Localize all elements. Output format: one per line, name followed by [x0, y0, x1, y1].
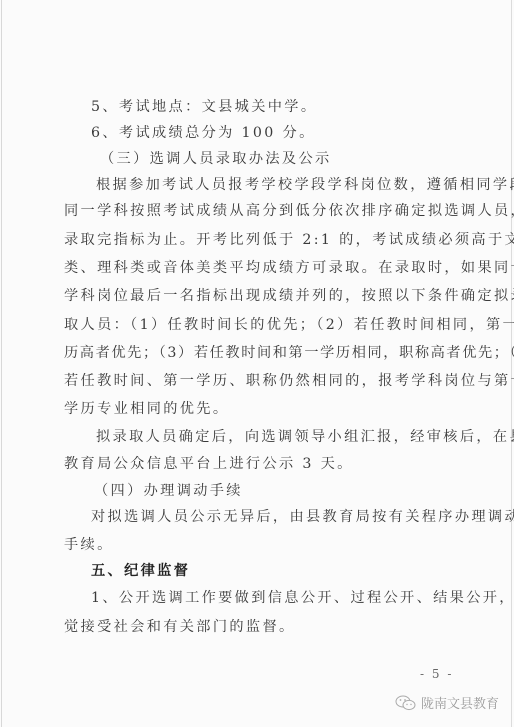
- text-line: 拟录取人员确定后，向选调领导小组汇报，经审核后，在县: [96, 428, 488, 446]
- text-line: 觉接受社会和有关部门的监督。: [64, 618, 456, 636]
- text-line: 5、考试地点：文县城关中学。: [91, 98, 483, 116]
- section-heading: （四）办理调动手续: [94, 482, 486, 500]
- text-line: 学历专业相同的优先。: [64, 400, 456, 418]
- section-heading: 五、纪律监督: [91, 562, 483, 580]
- text-line: 历高者优先；（3）若任教时间和第一学历相同，职称高者优先；（4）: [64, 344, 456, 362]
- text-line: 类、理科类或音体美类平均成绩方可录取。在录取时，如果同一: [64, 259, 456, 277]
- document-page: 5、考试地点：文县城关中学。 6、考试成绩总分为 100 分。 （三）选调人员录…: [0, 0, 514, 727]
- text-line: 录取完指标为止。开考比列低于 2:1 的，考试成绩必须高于文科: [64, 231, 456, 249]
- text-line: 对拟选调人员公示无异后，由县教育局按有关程序办理调动: [91, 508, 483, 526]
- section-heading: （三）选调人员录取办法及公示: [100, 150, 492, 168]
- text-line: 取人员：（1）任教时间长的优先；（2）若任教时间相同，第一学: [64, 316, 456, 334]
- text-line: 教育局公众信息平台上进行公示 3 天。: [64, 455, 456, 473]
- text-line: 6、考试成绩总分为 100 分。: [91, 124, 483, 142]
- text-line: 1、公开选调工作要做到信息公开、过程公开、结果公开，自: [91, 589, 483, 607]
- text-line: 同一学科按照考试成绩从高分到低分依次排序确定拟选调人员，: [64, 202, 456, 220]
- text-line: 若任教时间、第一学历、职称仍然相同的，报考学科岗位与第一: [64, 372, 456, 390]
- page-number: - 5 -: [420, 667, 453, 681]
- wechat-icon: [395, 695, 417, 711]
- text-line: 学科岗位最后一名指标出现成绩并列的，按照以下条件确定拟录: [64, 287, 456, 305]
- text-line: 手续。: [64, 536, 456, 554]
- watermark-text: 陇南文县教育: [421, 693, 499, 712]
- text-line: 根据参加考试人员报考学校学段学科岗位数，遵循相同学段: [96, 176, 488, 194]
- watermark: 陇南文县教育: [395, 693, 499, 712]
